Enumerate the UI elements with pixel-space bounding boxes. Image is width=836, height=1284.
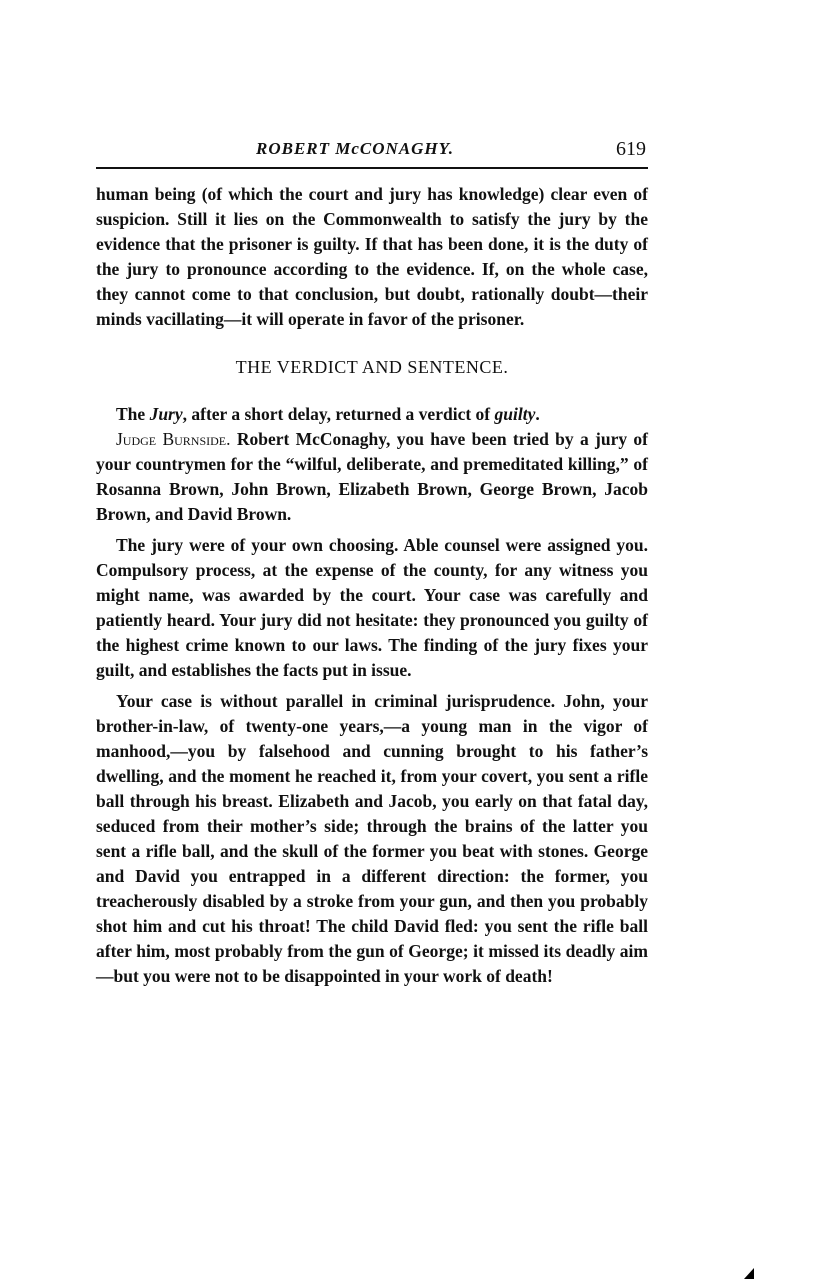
body-text: human being (of which the court and jury… [96,182,648,989]
paragraph-case: Your case is without parallel in crimina… [96,689,648,989]
running-head: ROBERT McCONAGHY. 619 [96,132,648,168]
paragraph-verdict: The Jury, after a short delay, returned … [96,402,648,427]
verdict-text: . [535,404,539,424]
verdict-text: , after a short delay, returned a verdic… [183,404,495,424]
speaker-name: Judge Burnside. [116,429,231,449]
page-number: 619 [616,138,646,161]
corner-mark-icon [744,1268,754,1279]
jury-italic: Jury [150,404,183,424]
paragraph-continued: human being (of which the court and jury… [96,182,648,332]
book-page: ROBERT McCONAGHY. 619 human being (of wh… [96,132,648,989]
section-heading: THE VERDICT AND SENTENCE. [96,355,648,380]
verdict-text: The [116,404,150,424]
header-rule [96,167,648,169]
running-head-title: ROBERT McCONAGHY. [256,139,454,159]
guilty-italic: guilty [495,404,536,424]
paragraph-judge-speech: Judge Burnside. Robert McConaghy, you ha… [96,427,648,527]
paragraph-jury-choosing: The jury were of your own choosing. Able… [96,533,648,683]
